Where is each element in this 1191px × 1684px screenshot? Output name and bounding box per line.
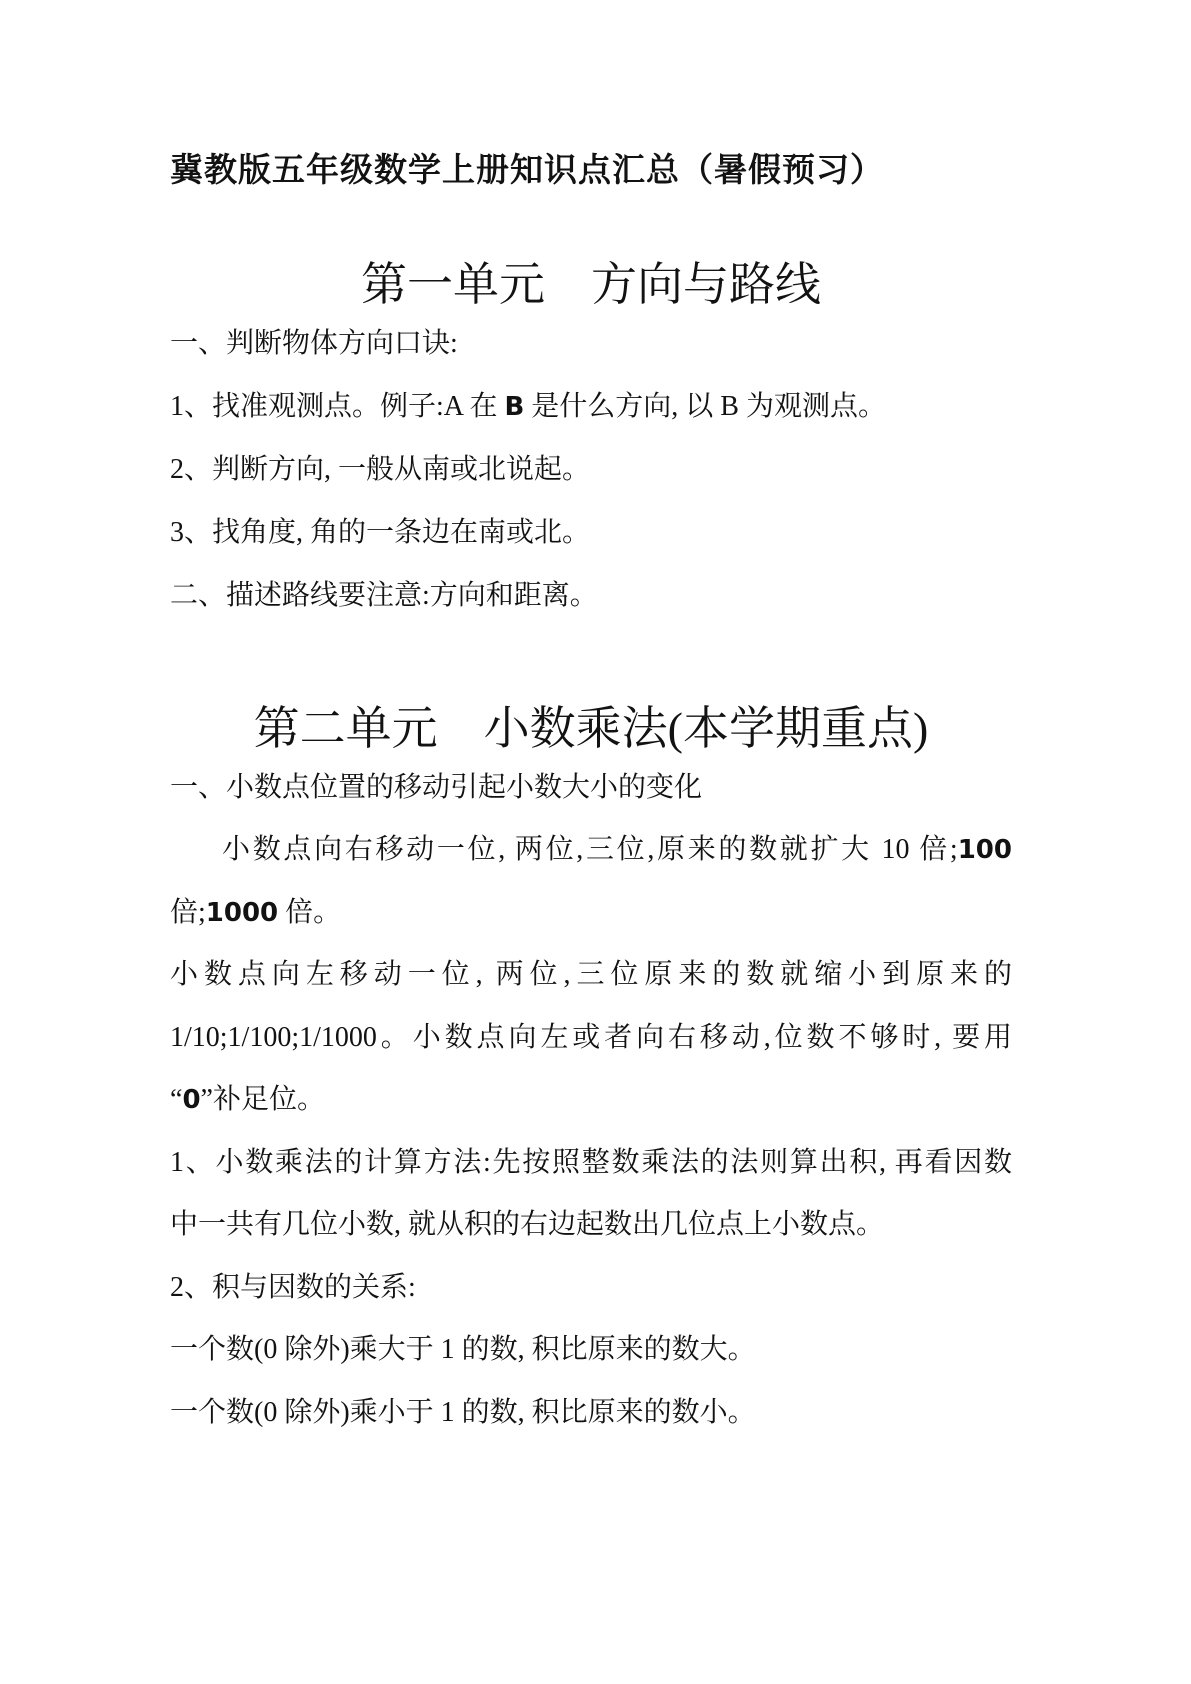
s2-times-em: 1000 xyxy=(206,898,278,928)
section1-heading: 第一单元 方向与路线 xyxy=(170,256,1012,314)
s2-zero-pre: “ xyxy=(170,1084,182,1115)
s2-move-left-line2: 1/10;1/100;1/1000。小数点向左或者向右移动,位数不够时, 要用 xyxy=(170,1019,1012,1057)
s1-point1-post: 是什么方向, 以 B 为观测点。 xyxy=(524,391,886,422)
s1-point3: 3、找角度, 角的一条边在南或北。 xyxy=(170,514,1012,552)
section2-heading: 第二单元 小数乘法(本学期重点) xyxy=(170,700,1012,758)
s2-zero-post: ”补足位。 xyxy=(201,1084,325,1115)
s2-move-left-line1: 小数点向左移动一位, 两位,三位原来的数就缩小到原来的 xyxy=(170,956,1012,994)
s2-move-right-line1: 小数点向右移动一位, 两位,三位,原来的数就扩大 10 倍;100 xyxy=(170,831,1012,869)
s2-smaller-rule: 一个数(0 除外)乘小于 1 的数, 积比原来的数小。 xyxy=(170,1394,1012,1432)
document-page: { "title": "冀教版五年级数学上册知识点汇总（暑假预习）", "sec… xyxy=(0,0,1191,1684)
s2-times-post: 倍。 xyxy=(278,897,341,928)
s1-point2: 2、判断方向, 一般从南或北说起。 xyxy=(170,451,1012,489)
s2-times-pre: 倍; xyxy=(170,897,206,928)
s1-rule-intro: 一、判断物体方向口诀: xyxy=(170,325,1012,363)
s2-greater-rule: 一个数(0 除外)乘大于 1 的数, 积比原来的数大。 xyxy=(170,1331,1012,1369)
s2-move-right-em: 100 xyxy=(958,835,1012,865)
s1-route-note: 二、描述路线要注意:方向和距离。 xyxy=(170,577,1012,615)
s2-topic1: 一、小数点位置的移动引起小数大小的变化 xyxy=(170,769,1012,807)
s1-point1-pre: 1、找准观测点。例子:A 在 xyxy=(170,391,504,422)
s2-calc-method-line2: 中一共有几位小数, 就从积的右边起数出几位点上小数点。 xyxy=(170,1206,1012,1244)
doc-title: 冀教版五年级数学上册知识点汇总（暑假预习） xyxy=(170,150,1012,192)
s2-calc-method-line1: 1、小数乘法的计算方法:先按照整数乘法的法则算出积, 再看因数 xyxy=(170,1144,1012,1182)
s2-zero-em: 0 xyxy=(182,1085,200,1115)
s2-move-right-pre: 小数点向右移动一位, 两位,三位,原来的数就扩大 10 倍; xyxy=(222,834,958,865)
s1-point1: 1、找准观测点。例子:A 在 B 是什么方向, 以 B 为观测点。 xyxy=(170,388,1012,426)
s1-point1-em: B xyxy=(504,392,524,422)
s2-move-right-line2: 倍;1000 倍。 xyxy=(170,894,1012,932)
s2-zero-pad: “0”补足位。 xyxy=(170,1081,1012,1119)
s2-product-factor: 2、积与因数的关系: xyxy=(170,1269,1012,1307)
